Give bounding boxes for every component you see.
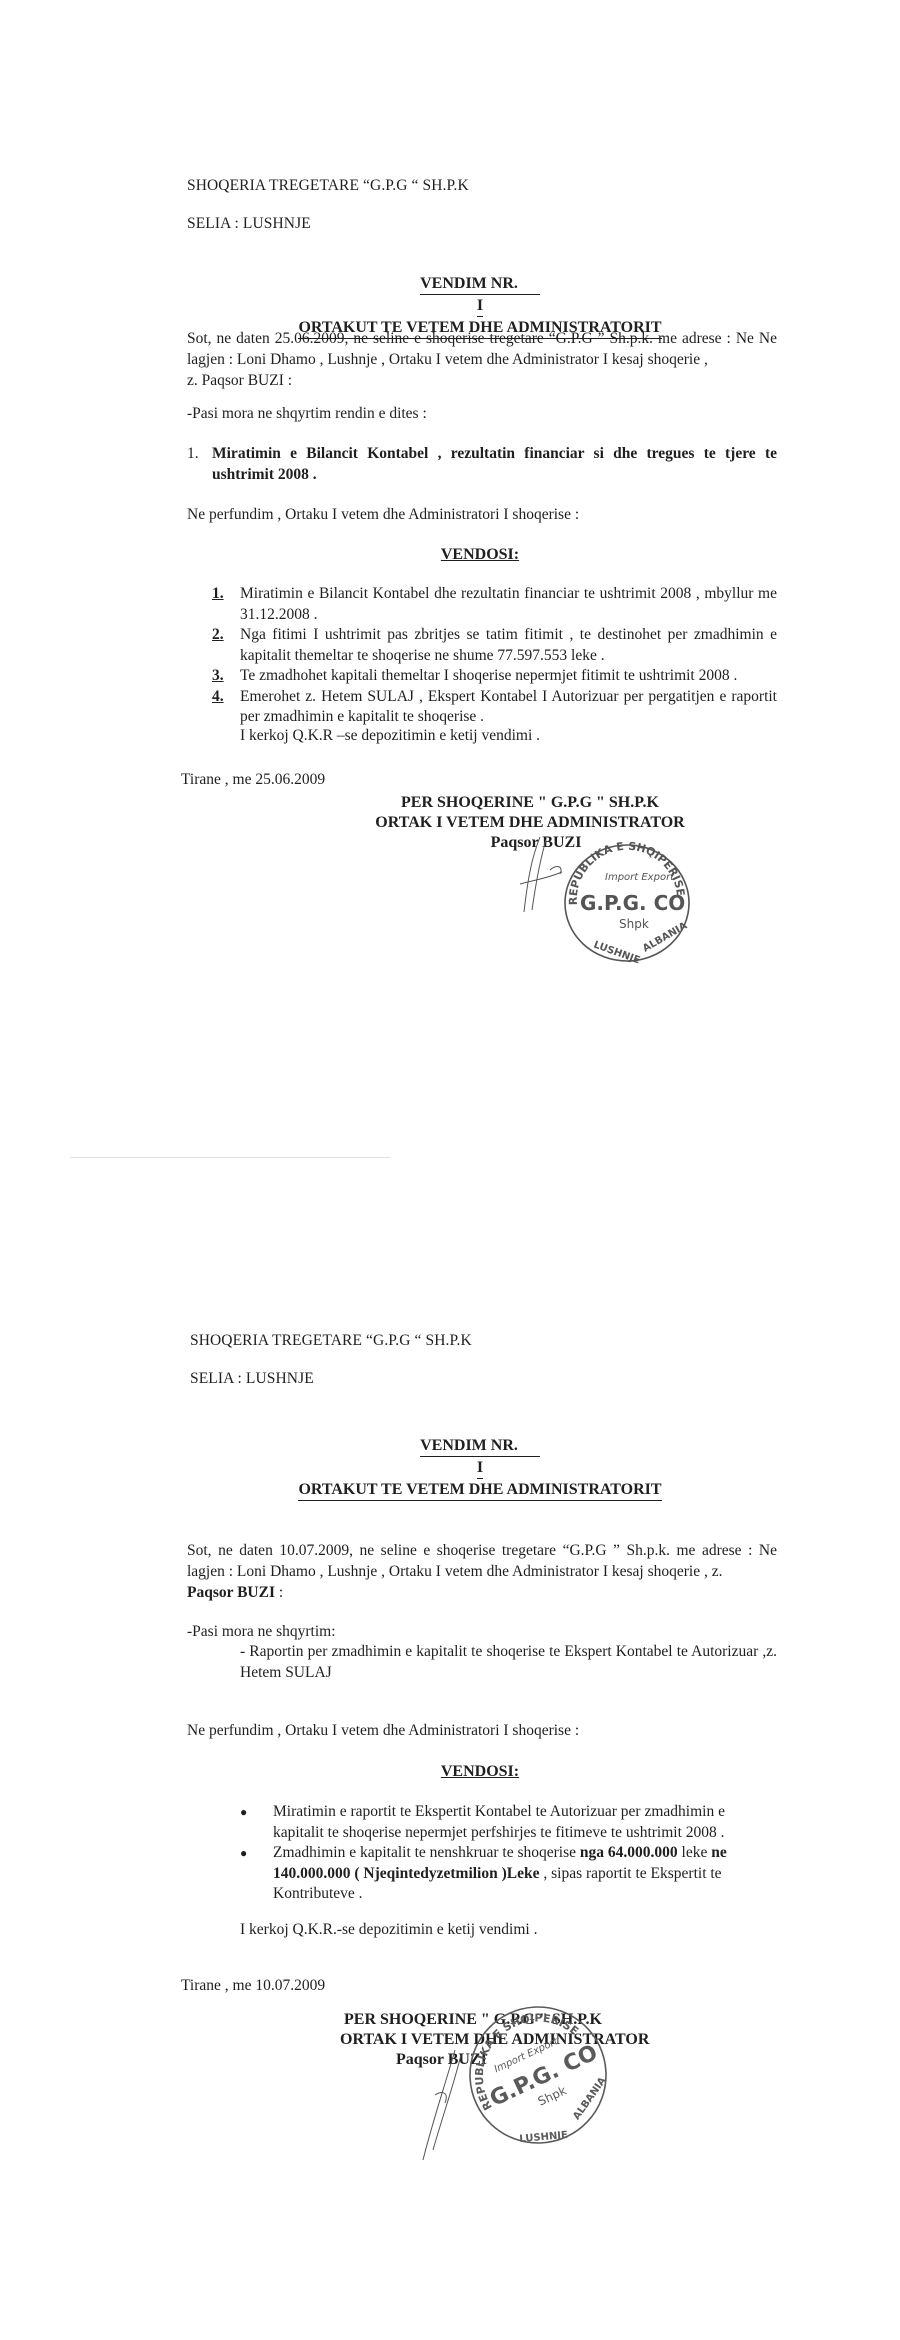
decision-title: VENDIM NR. I ORTAKUT TE VETEM DHE ADMINI… (230, 1435, 730, 1501)
company-seat: SELIA : LUSHNJE (187, 214, 311, 234)
decision-number: 1. (212, 584, 240, 625)
decision-item: 4. Emerohet z. Hetem SULAJ , Ekspert Kon… (212, 687, 777, 728)
company-seat: SELIA : LUSHNJE (190, 1369, 314, 1389)
company-header: SHOQERIA TREGETARE “G.P.G “ SH.P.K (190, 1331, 472, 1351)
intro-paragraph: Sot, ne daten 25.06.2009, ne seline e sh… (187, 328, 777, 391)
intro-paragraph: Sot, ne daten 10.07.2009, ne seline e sh… (187, 1540, 777, 1603)
decision-item: ● Zmadhimin e kapitalit te nenshkruar te… (237, 1843, 757, 1905)
document-page-1: SHOQERIA TREGETARE “G.P.G “ SH.P.K SELIA… (0, 0, 900, 1150)
signature-role: ORTAK I VETEM DHE ADMINISTRATOR (330, 813, 730, 833)
decision-item: ● Miratimin e raportit te Ekspertit Kont… (237, 1802, 757, 1843)
intro-text: Sot, ne daten 25.06.2009, ne seline e sh… (187, 330, 777, 368)
stamp-bottom-left-text: LUSHNJE (519, 2130, 569, 2145)
registry-request: I kerkoj Q.K.R –se depozitimin e ketij v… (240, 726, 540, 746)
agenda-number: 1. (187, 443, 212, 485)
decision-number: 3. (212, 666, 240, 687)
stamp-type-text: Shpk (619, 917, 649, 931)
capital-from-amount: nga 64.000.000 (580, 1844, 678, 1861)
decided-heading: VENDOSI: (230, 545, 730, 565)
decision-number-roman: I (477, 1457, 483, 1479)
decision-number-roman: I (477, 295, 483, 317)
agenda-text: Miratimin e Bilancit Kontabel , rezultat… (212, 443, 777, 485)
company-stamp-icon: REPUBLIKA E SHQIPERISE Import Export G.P… (555, 835, 695, 965)
decision-subtitle: ORTAKUT TE VETEM DHE ADMINISTRATORIT (298, 1479, 661, 1501)
intro-end-punctuation: : (275, 1584, 283, 1601)
review-line: -Pasi mora ne shqyrtim: (187, 1622, 336, 1642)
intro-signatory: z. Paqsor BUZI : (187, 372, 292, 389)
decision-number: 4. (212, 687, 240, 728)
stamp-center-text: G.P.G. CO (580, 891, 685, 915)
registry-request: I kerkoj Q.K.R.-se depozitimin e ketij v… (240, 1920, 537, 1940)
decisions-list: 1. Miratimin e Bilancit Kontabel dhe rez… (212, 584, 777, 728)
decisions-list: ● Miratimin e raportit te Ekspertit Kont… (237, 1802, 757, 1905)
intro-signatory: Paqsor BUZI (187, 1584, 275, 1601)
decision-item: 3. Te zmadhohet kapitali themeltar I sho… (212, 666, 777, 687)
review-line: -Pasi mora ne shqyrtim rendin e dites : (187, 404, 427, 424)
decided-heading: VENDOSI: (230, 1762, 730, 1782)
decision-text: Zmadhimin e kapitalit te nenshkruar te s… (273, 1843, 757, 1905)
stamp-bottom-left-text: LUSHNJE (592, 939, 642, 965)
decision-text: Emerohet z. Hetem SULAJ , Ekspert Kontab… (240, 687, 777, 728)
decision-text: Nga fitimi I ushtrimit pas zbritjes se t… (240, 625, 777, 666)
document-page-2: SHOQERIA TREGETARE “G.P.G “ SH.P.K SELIA… (0, 1150, 900, 2340)
intro-text: Sot, ne daten 10.07.2009, ne seline e sh… (187, 1542, 777, 1580)
stamp-bottom-right-text: ALBANIA (571, 2075, 608, 2122)
decision-text-part: leke (678, 1844, 712, 1861)
agenda-item: 1. Miratimin e Bilancit Kontabel , rezul… (187, 443, 777, 485)
decision-number-label: VENDIM NR. (420, 1435, 540, 1457)
stamp-sub-text: Import Export (605, 872, 675, 883)
place-date: Tirane , me 10.07.2009 (181, 1976, 325, 1996)
review-item: - Raportin per zmadhimin e kapitalit te … (240, 1641, 777, 1683)
decision-text: Te zmadhohet kapitali themeltar I shoqer… (240, 666, 777, 687)
decision-text: Miratimin e raportit te Ekspertit Kontab… (273, 1802, 757, 1843)
place-date: Tirane , me 25.06.2009 (181, 770, 325, 790)
decision-text-part: Zmadhimin e kapitalit te nenshkruar te s… (273, 1844, 580, 1861)
decision-item: 2. Nga fitimi I ushtrimit pas zbritjes s… (212, 625, 777, 666)
bullet-icon: ● (237, 1802, 273, 1843)
conclusion-line: Ne perfundim , Ortaku I vetem dhe Admini… (187, 505, 579, 525)
conclusion-line: Ne perfundim , Ortaku I vetem dhe Admini… (187, 1721, 579, 1741)
decision-number-label: VENDIM NR. (420, 273, 540, 295)
company-header: SHOQERIA TREGETARE “G.P.G “ SH.P.K (187, 176, 469, 196)
decision-number: 2. (212, 625, 240, 666)
signature-company: PER SHOQERINE " G.P.G " SH.P.K (330, 793, 730, 813)
decision-item: 1. Miratimin e Bilancit Kontabel dhe rez… (212, 584, 777, 625)
company-stamp-icon: REPUBLIKA E SHQIPERISE Import Export G.P… (463, 2000, 613, 2150)
bullet-icon: ● (237, 1843, 273, 1905)
decision-text: Miratimin e Bilancit Kontabel dhe rezult… (240, 584, 777, 625)
